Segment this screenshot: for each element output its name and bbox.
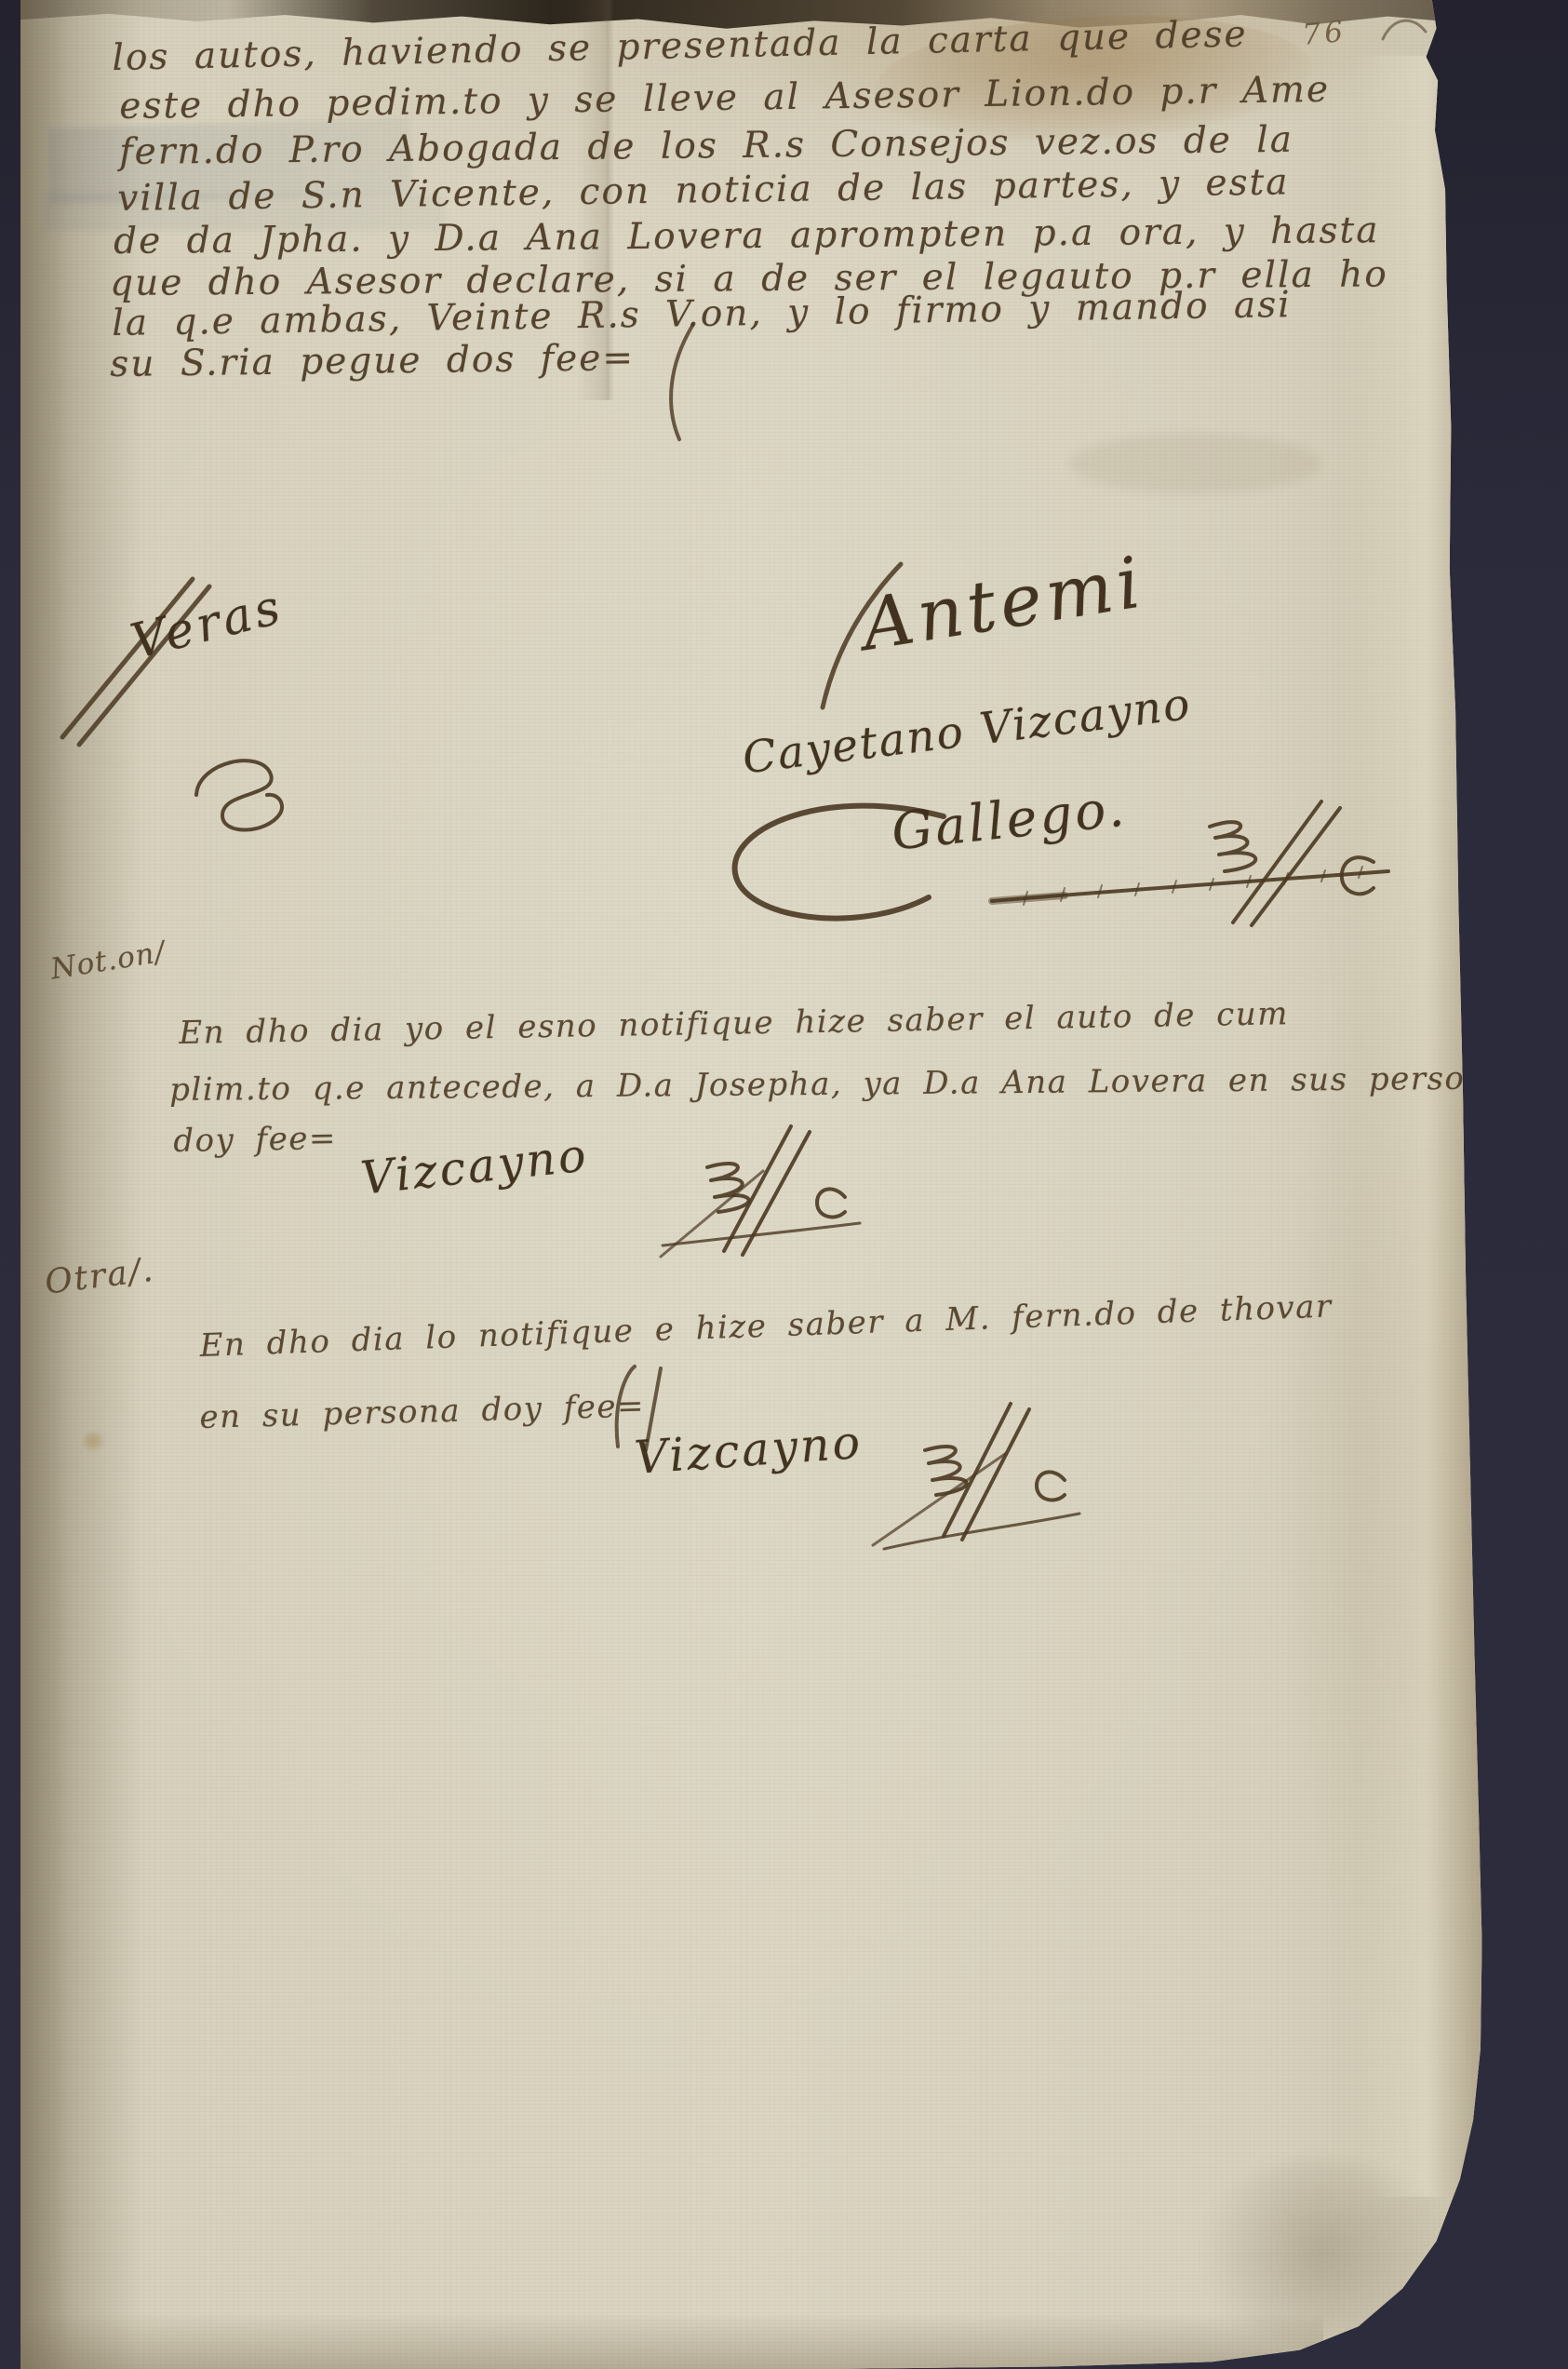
corner-mark-icon [1377,9,1433,51]
veras-rubric-icon [181,734,302,850]
vizcayno-rubric-icon [651,1119,870,1263]
manuscript-page: 76 los autos, haviendo se presentada la … [20,0,1491,2369]
notification-line: En dho dia yo el esno notifique hize sab… [179,995,1289,1052]
document-scan: { "colors": { "background": "#2b2b3c", "… [0,0,1568,2369]
notification-line: doy fee= [173,1120,337,1160]
paragraph-paraph-icon [651,316,707,447]
notification-line: En dho dia lo notifique e hize saber a M… [199,1288,1333,1365]
gallego-signature: Gallego. [889,778,1130,862]
deckle-right-edge [1357,56,1491,2197]
vizcayno-signature: Vizcayno [358,1128,591,1205]
vizcayno-rubric-icon [865,1394,1093,1557]
bottom-fold-shadow [20,2299,1323,2369]
order-text-line: su S.ria pegue dos fee= [110,337,635,385]
notification-line: en su persona doy fee= [199,1387,645,1436]
folio-number: 76 [1301,15,1347,52]
paper-stain [1070,434,1321,493]
notification-line: plim.to q.e antecede, a D.a Josepha, ya … [169,1059,1537,1109]
order-text-line: este dho pedim.to y se lleve al Asesor L… [119,69,1330,128]
signature-underline-icon [986,858,1396,914]
